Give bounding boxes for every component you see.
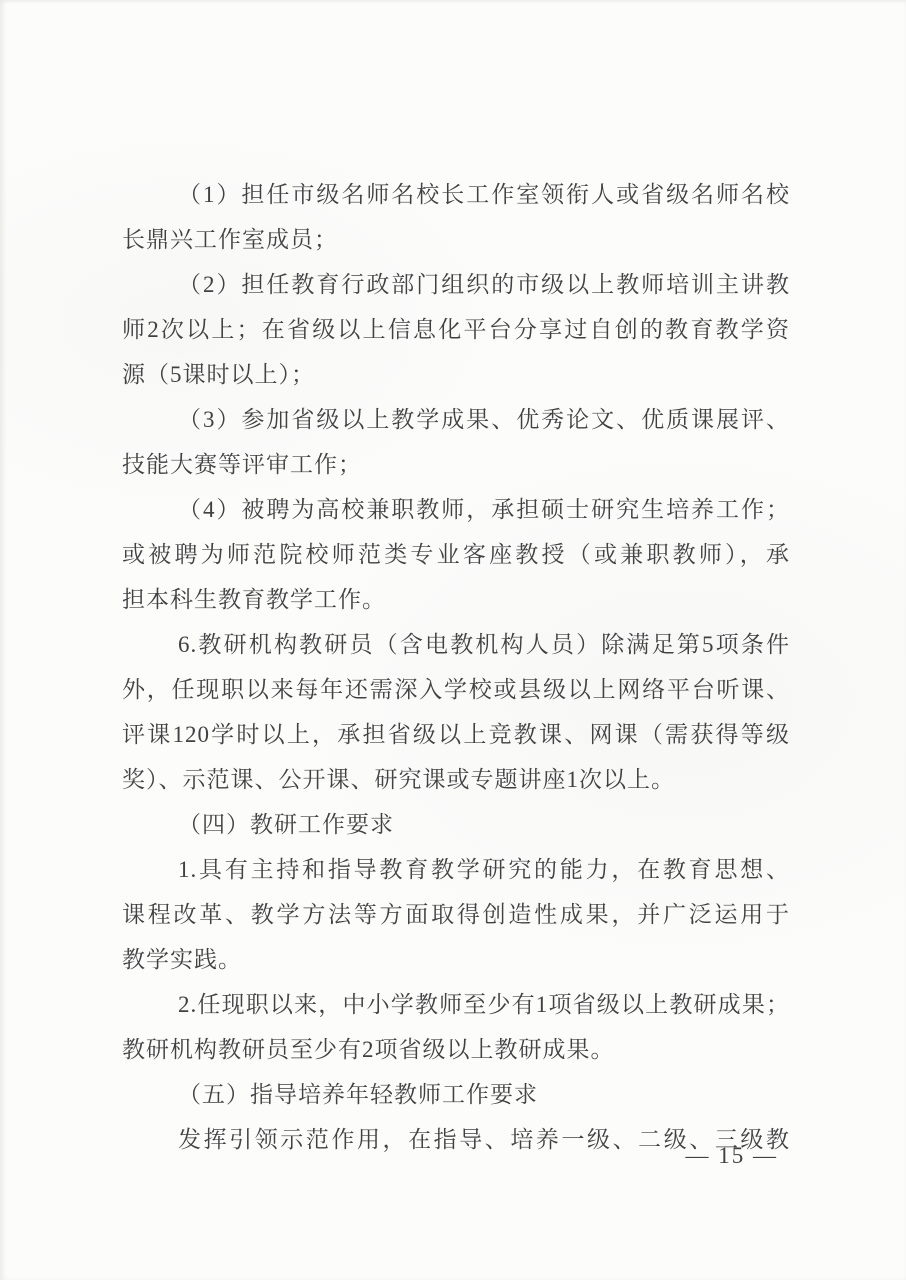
- text-line: （1）担任市级名师名校长工作室领衔人或省级名师名校: [122, 172, 790, 217]
- text-line: 1.具有主持和指导教育教学研究的能力，在教育思想、: [122, 847, 790, 892]
- page-number: — 15 —: [686, 1141, 779, 1171]
- document-body: （1）担任市级名师名校长工作室领衔人或省级名师名校 长鼎兴工作室成员； （2）担…: [122, 172, 790, 1162]
- text-line: （2）担任教育行政部门组织的市级以上教师培训主讲教: [122, 262, 790, 307]
- text-line: 技能大赛等评审工作；: [122, 442, 790, 487]
- section-heading: （四）教研工作要求: [122, 802, 790, 847]
- text-line: 源（5课时以上）；: [122, 352, 790, 397]
- text-line: （3）参加省级以上教学成果、优秀论文、优质课展评、: [122, 397, 790, 442]
- document-page: （1）担任市级名师名校长工作室领衔人或省级名师名校 长鼎兴工作室成员； （2）担…: [0, 0, 906, 1280]
- text-line: 教研机构教研员至少有2项省级以上教研成果。: [122, 1027, 790, 1072]
- text-line: 长鼎兴工作室成员；: [122, 217, 790, 262]
- text-line: 课程改革、教学方法等方面取得创造性成果，并广泛运用于: [122, 892, 790, 937]
- section-heading: （五）指导培养年轻教师工作要求: [122, 1072, 790, 1117]
- text-line: 师2次以上；在省级以上信息化平台分享过自创的教育教学资: [122, 307, 790, 352]
- text-line: 外，任现职以来每年还需深入学校或县级以上网络平台听课、: [122, 667, 790, 712]
- text-line: （4）被聘为高校兼职教师，承担硕士研究生培养工作；: [122, 487, 790, 532]
- text-line: 评课120学时以上，承担省级以上竞教课、网课（需获得等级: [122, 712, 790, 757]
- text-line: 或被聘为师范院校师范类专业客座教授（或兼职教师），承: [122, 532, 790, 577]
- text-line: 教学实践。: [122, 937, 790, 982]
- text-line: 奖）、示范课、公开课、研究课或专题讲座1次以上。: [122, 757, 790, 802]
- text-line: 2.任现职以来，中小学教师至少有1项省级以上教研成果；: [122, 982, 790, 1027]
- text-line: 担本科生教育教学工作。: [122, 577, 790, 622]
- text-line: 6.教研机构教研员（含电教机构人员）除满足第5项条件: [122, 622, 790, 667]
